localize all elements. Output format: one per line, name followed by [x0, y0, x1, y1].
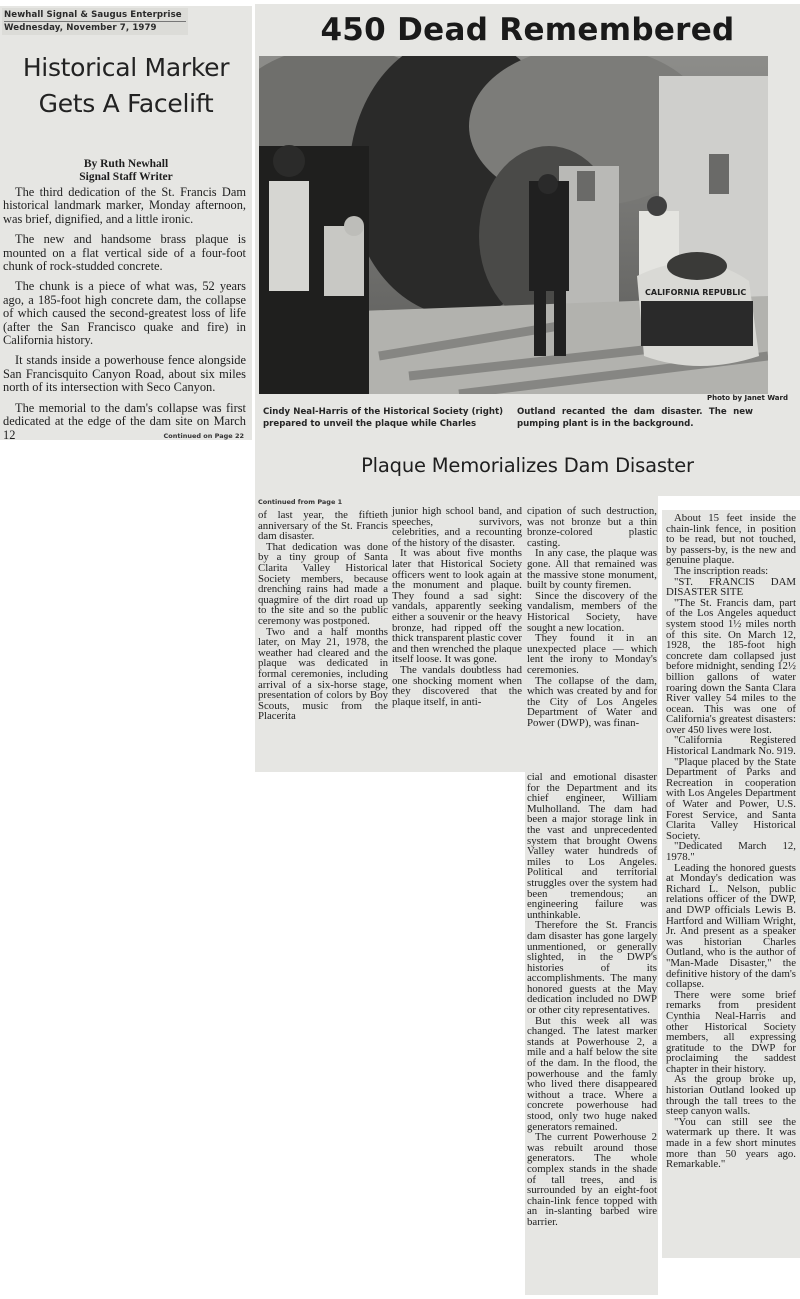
photo-headline: 450 Dead Remembered [255, 8, 800, 52]
column-4: About 15 feet inside the chain-link fenc… [666, 513, 796, 1170]
paragraph: "California Registered Historical Landma… [666, 735, 796, 756]
paragraph: There were some brief remarks from presi… [666, 990, 796, 1075]
paragraph: Leading the honored guests at Monday's d… [666, 863, 796, 990]
photo-caption-right: Outland recanted the dam disaster. The n… [517, 406, 753, 430]
paragraph: of last year, the fiftieth anniversary o… [258, 510, 388, 542]
column-3: cipation of such destruction, was not br… [527, 506, 657, 728]
paragraph: The current Powerhouse 2 was rebuilt aro… [527, 1132, 657, 1227]
paragraph: cial and emotional disaster for the Depa… [527, 772, 657, 920]
photo-caption-left: Cindy Neal-Harris of the Historical Soci… [263, 406, 503, 430]
paragraph: Therefore the St. Francis dam disaster h… [527, 920, 657, 1015]
paragraph: The vandals doubtless had one shocking m… [392, 665, 522, 707]
byline-name: By Ruth Newhall [0, 158, 252, 171]
paragraph: "You can still see the watermark up ther… [666, 1117, 796, 1170]
column-1: of last year, the fiftieth anniversary o… [258, 510, 388, 722]
paragraph: junior high school band, and speeches, s… [392, 506, 522, 548]
paragraph: That dedication was done by a tiny group… [258, 542, 388, 627]
photo-feature-clipping: 450 Dead Remembered [255, 4, 800, 496]
continued-from-label: Continued from Page 1 [258, 498, 342, 506]
flag-text: CALIFORNIA REPUBLIC [645, 288, 746, 297]
article-body: The third dedication of the St. Francis … [3, 186, 246, 449]
paragraph: Two and a half months later, on May 21, … [258, 627, 388, 722]
headline-line-2: Gets A Facelift [0, 86, 252, 122]
paragraph: The inscription reads: [666, 566, 796, 577]
paragraph: "Plaque placed by the State Department o… [666, 757, 796, 842]
paragraph: The third dedication of the St. Francis … [3, 186, 246, 226]
jump-article-columns-top: Continued from Page 1 of last year, the … [255, 496, 658, 772]
paragraph: In any case, the plaque was gone. All th… [527, 548, 657, 590]
photo-credit: Photo by Janet Ward [707, 394, 788, 402]
jump-article-column-4: About 15 feet inside the chain-link fenc… [662, 510, 800, 1258]
left-article-clipping: Newhall Signal & Saugus Enterprise Wedne… [0, 6, 252, 440]
paragraph: Since the discovery of the vandalism, me… [527, 591, 657, 633]
byline: By Ruth Newhall Signal Staff Writer [0, 158, 252, 184]
inscription-title: "ST. FRANCIS DAM DISASTER SITE [666, 577, 796, 598]
continued-on-label: Continued on Page 22 [164, 432, 244, 440]
paragraph: cipation of such destruction, was not br… [527, 506, 657, 548]
jump-article-column-3-continued: cial and emotional disaster for the Depa… [525, 772, 658, 1295]
article-headline: Historical Marker Gets A Facelift [0, 50, 252, 122]
paragraph: About 15 feet inside the chain-link fenc… [666, 513, 796, 566]
publication-date: Wednesday, November 7, 1979 [4, 22, 186, 34]
column-2: junior high school band, and speeches, s… [392, 506, 522, 707]
publication-name: Newhall Signal & Saugus Enterprise [4, 9, 186, 22]
paragraph: "The St. Francis dam, part of the Los An… [666, 598, 796, 736]
byline-title: Signal Staff Writer [0, 171, 252, 184]
masthead: Newhall Signal & Saugus Enterprise Wedne… [2, 8, 188, 35]
paragraph: The new and handsome brass plaque is mou… [3, 233, 246, 273]
ceremony-photo: CALIFORNIA REPUBLIC [259, 56, 768, 394]
headline-line-1: Historical Marker [0, 50, 252, 86]
paragraph: The collapse of the dam, which was creat… [527, 676, 657, 729]
paragraph: The chunk is a piece of what was, 52 yea… [3, 280, 246, 347]
paragraph: As the group broke up, historian Outland… [666, 1074, 796, 1116]
jump-headline: Plaque Memorializes Dam Disaster [255, 452, 800, 480]
paragraph: "Dedicated March 12, 1978." [666, 841, 796, 862]
column-3-continued: cial and emotional disaster for the Depa… [527, 772, 657, 1228]
paragraph: But this week all was changed. The lates… [527, 1016, 657, 1133]
paragraph: They found it in an unexpected place — w… [527, 633, 657, 675]
paragraph: It was about five months later that Hist… [392, 548, 522, 665]
photo-illustration: CALIFORNIA REPUBLIC [259, 56, 768, 394]
paragraph: It stands inside a powerhouse fence alon… [3, 354, 246, 394]
